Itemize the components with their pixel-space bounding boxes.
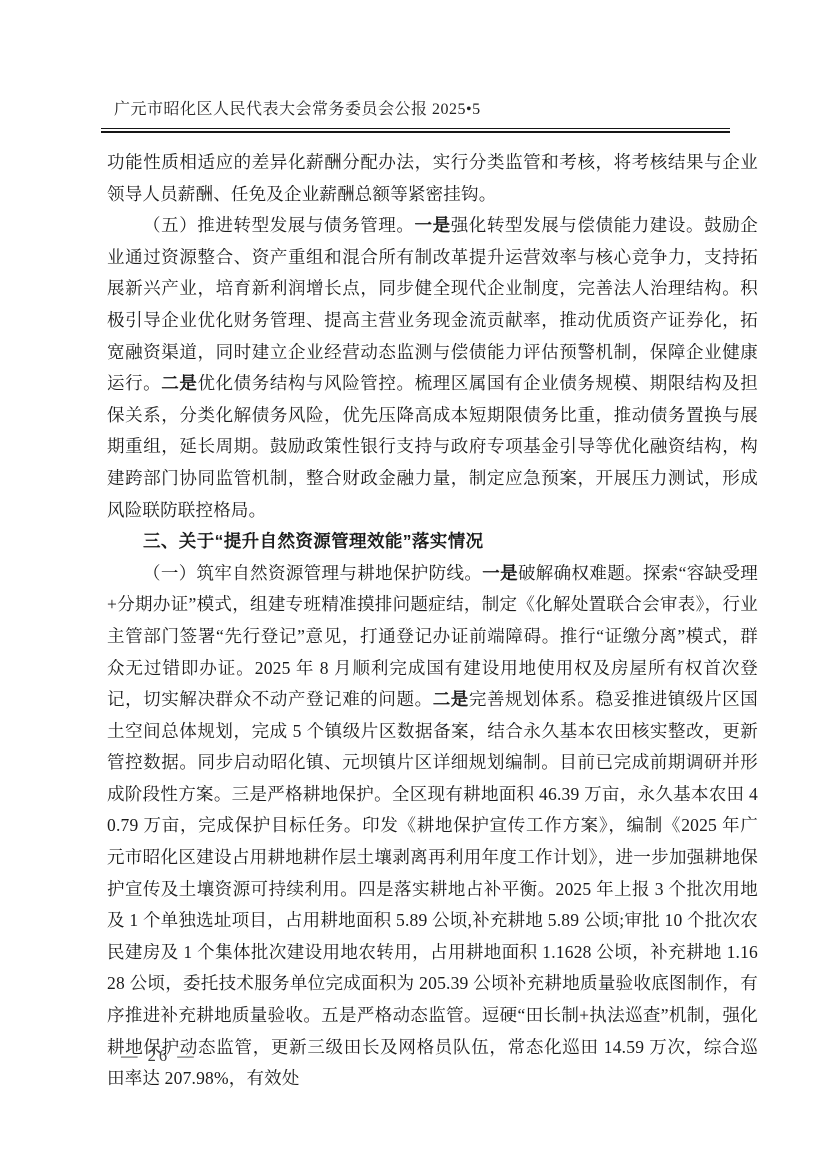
- text-run-heading: 三、关于“提升自然资源管理效能”落实情况: [143, 531, 484, 551]
- text-run-kai: （五）推进转型发展与债务管理。: [143, 215, 415, 235]
- document-body: 功能性质相适应的差异化薪酬分配办法，实行分类监管和考核，将考核结果与企业领导人员…: [107, 147, 758, 1095]
- text-run-kai: （一）筑牢自然资源管理与耕地保护防线。: [143, 563, 482, 583]
- document-page: 广元市昭化区人民代表大会常务委员会公报 2025•5 功能性质相适应的差异化薪酬…: [0, 0, 827, 1170]
- text-run-normal: 完善规划体系。稳妥推进镇级片区国土空间总体规划，完成 5 个镇级片区数据备案，结…: [107, 689, 758, 1088]
- section-heading: 三、关于“提升自然资源管理效能”落实情况: [107, 526, 758, 558]
- text-run-normal: 功能性质相适应的差异化薪酬分配办法，实行分类监管和考核，将考核结果与企业领导人员…: [107, 152, 758, 204]
- paragraph-item-one: （一）筑牢自然资源管理与耕地保护防线。一是破解确权难题。探索“容缺受理+分期办证…: [107, 558, 758, 1095]
- text-run-normal: 优化债务结构与风险管控。梳理区属国有企业债务规模、期限结构及担保关系，分类化解债…: [107, 373, 758, 519]
- text-run-bold: 二是: [433, 689, 469, 709]
- header-title: 广元市昭化区人民代表大会常务委员会公报 2025•5: [114, 100, 481, 120]
- text-run-normal: 破解确权难题。探索“容缺受理+分期办证”模式，组建专班精准摸排问题症结，制定《化…: [107, 563, 758, 709]
- paragraph-item-five: （五）推进转型发展与债务管理。一是强化转型发展与偿债能力建设。鼓励企业通过资源整…: [107, 210, 758, 526]
- paragraph-continuation: 功能性质相适应的差异化薪酬分配办法，实行分类监管和考核，将考核结果与企业领导人员…: [107, 147, 758, 210]
- text-run-bold: 二是: [161, 373, 197, 393]
- text-run-normal: 强化转型发展与偿债能力建设。鼓励企业通过资源整合、资产重组和混合所有制改革提升运…: [107, 215, 758, 393]
- header-rule-divider: [101, 128, 730, 133]
- text-run-bold: 一是: [482, 563, 518, 583]
- page-number: — 26 —: [121, 1045, 197, 1067]
- text-run-bold: 一是: [415, 215, 451, 235]
